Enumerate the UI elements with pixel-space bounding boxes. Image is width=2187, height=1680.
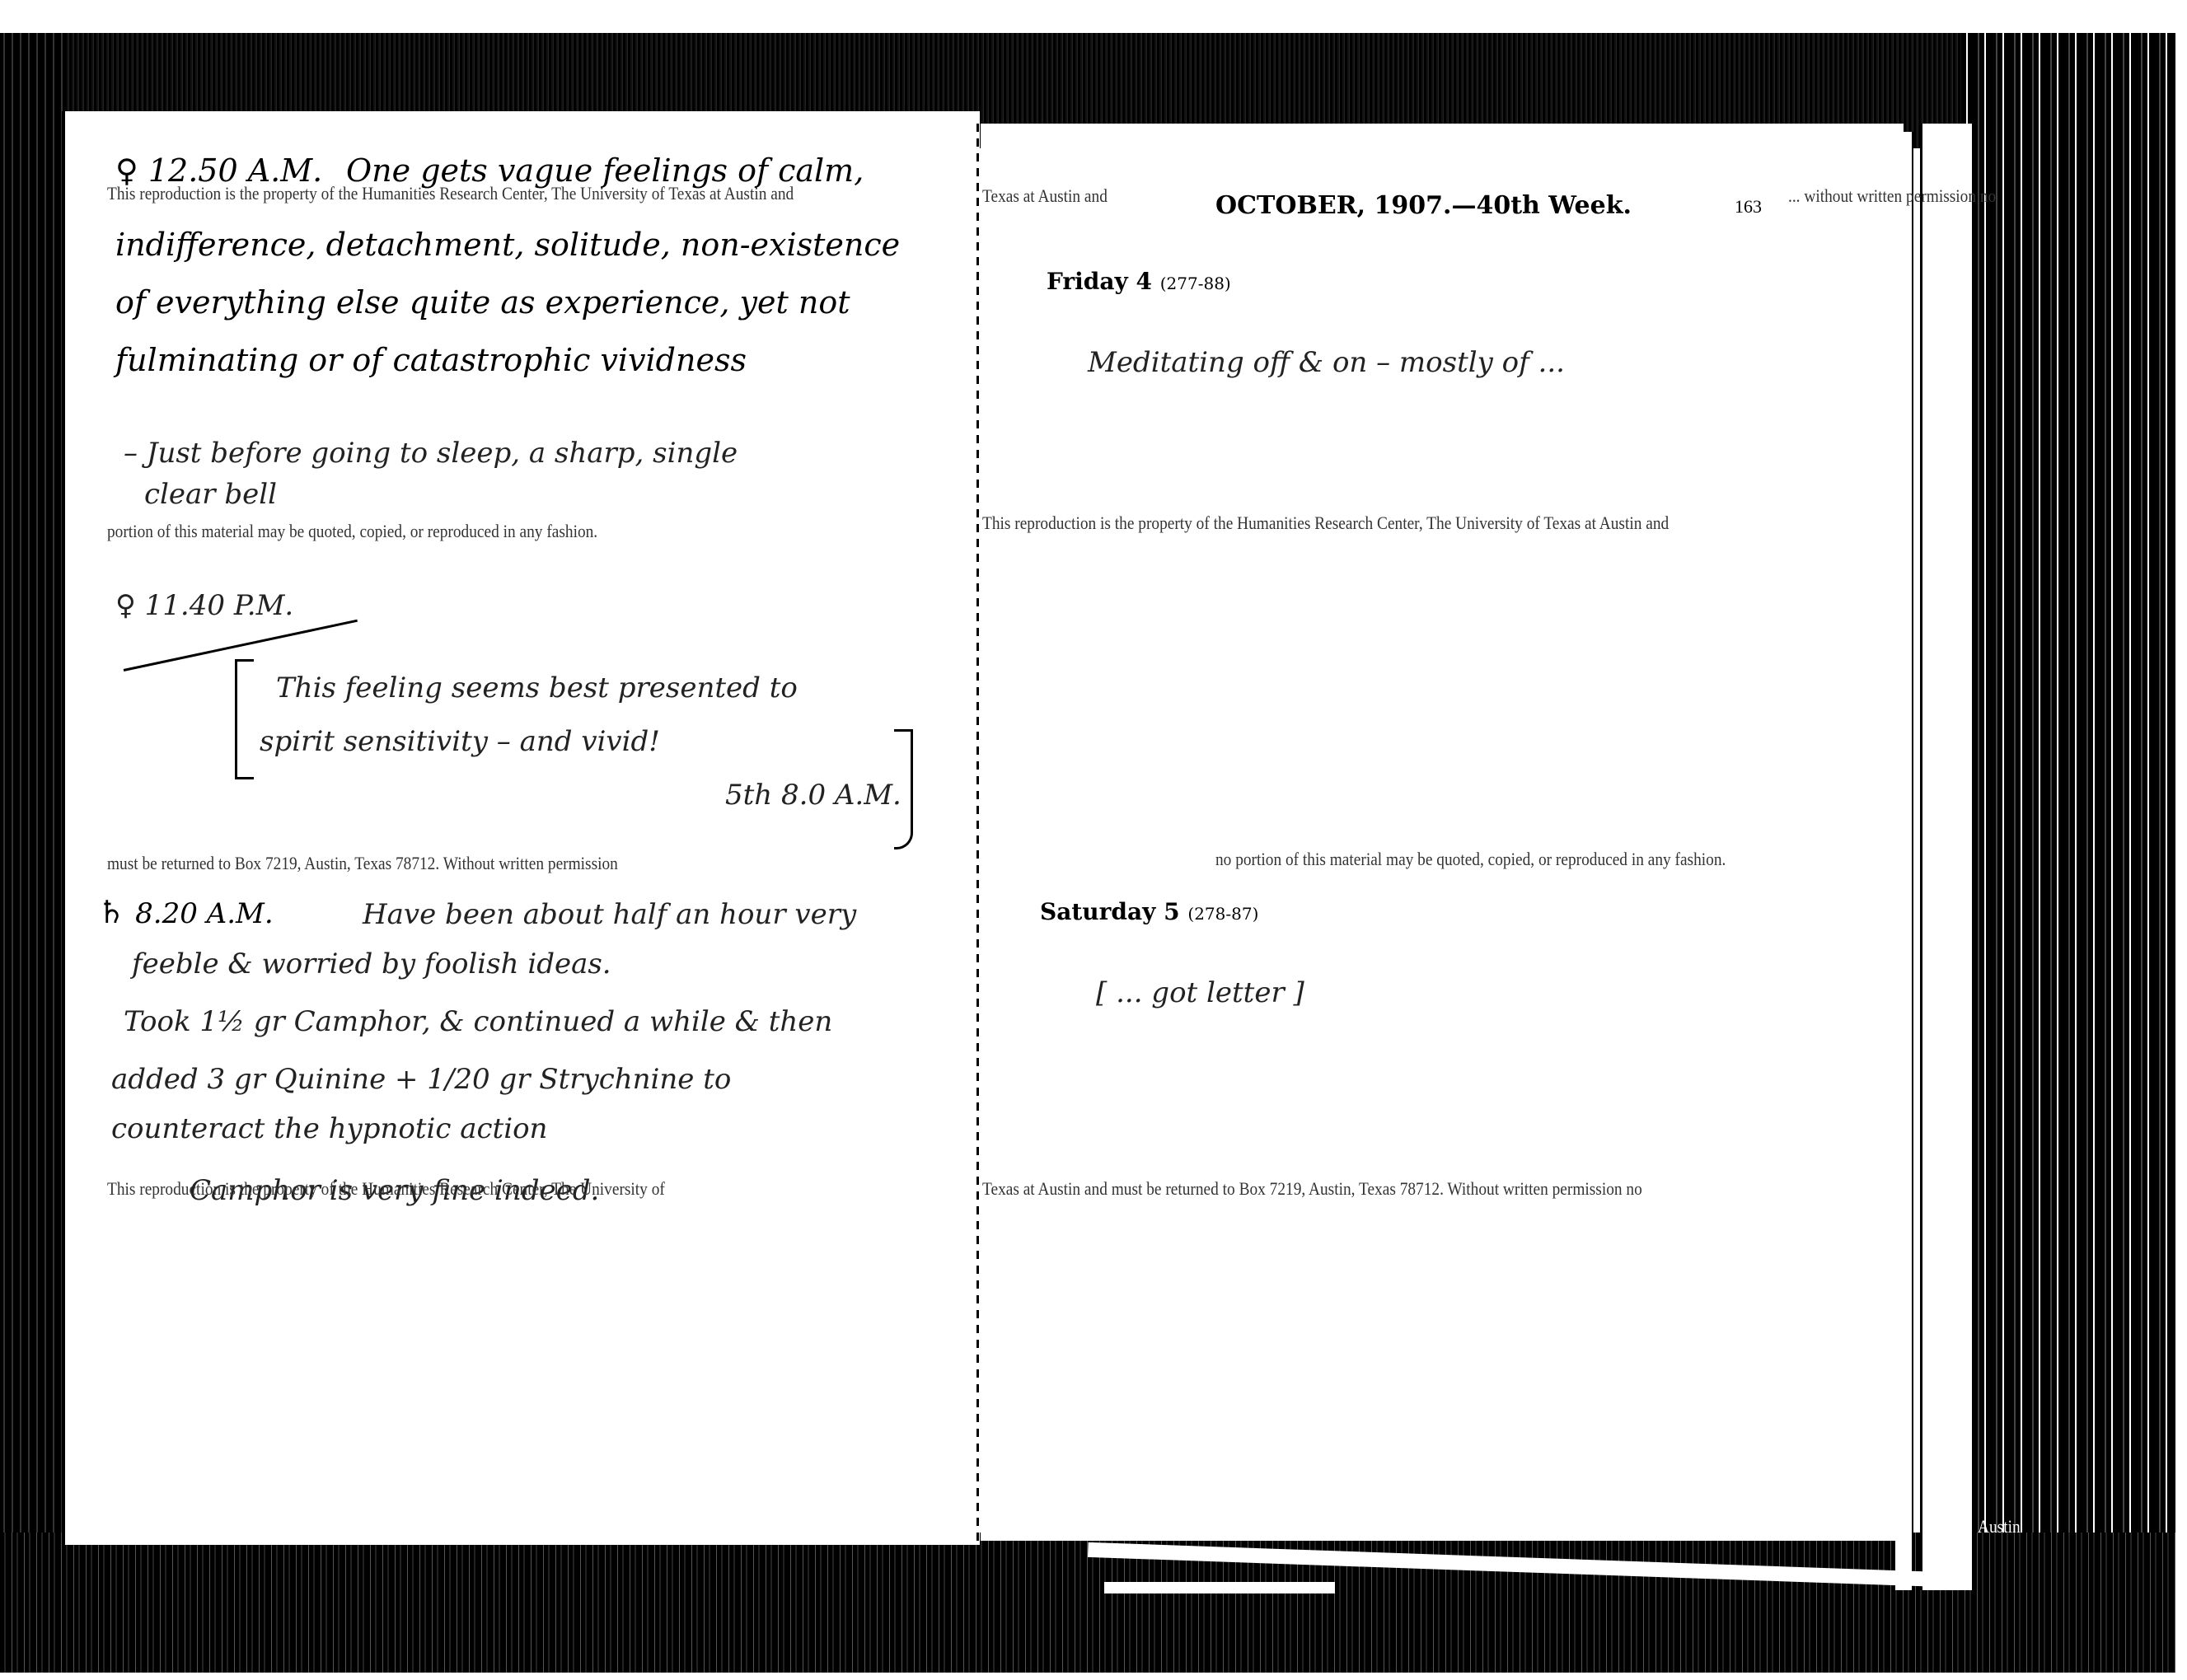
left-page: [62, 111, 980, 1545]
book-gutter: [976, 124, 979, 1541]
entry-4-line: Took 1½ gr Camphor, & continued a while …: [124, 1005, 832, 1038]
watermark-fragment: Austin: [1978, 1516, 2021, 1537]
entry-1-line: One gets vague feelings of calm,: [346, 152, 864, 189]
friday-handwriting: Meditating off & on – mostly of ...: [1088, 346, 1565, 379]
watermark-line: ... without written permission no: [1788, 185, 1996, 207]
saturday-handwriting: [ ... got letter ]: [1096, 976, 1304, 1009]
watermark-line: must be returned to Box 7219, Austin, Te…: [107, 853, 618, 874]
entry-4-header: ♄ 8.20 A.M.: [97, 894, 274, 930]
watermark-line: Texas at Austin and: [982, 185, 1108, 207]
bracket-note-line: This feeling seems best presented to: [276, 672, 798, 704]
entry-2-line: – Just before going to sleep, a sharp, s…: [124, 437, 738, 470]
right-page: [981, 124, 1904, 1541]
venus-symbol-icon: ♀: [115, 589, 136, 622]
page-header-title: OCTOBER, 1907.—40th Week.: [1215, 191, 1632, 220]
page-stack-edge: [1920, 124, 1975, 1590]
entry-1-line: indifference, detachment, solitude, non-…: [115, 227, 900, 263]
entry-1-line: fulminating or of catastrophic vividness: [115, 342, 747, 378]
watermark-line: This reproduction is the property of the…: [982, 512, 1669, 534]
entry-4-line: feeble & worried by foolish ideas.: [132, 948, 611, 980]
entry-time: 12.50 A.M.: [148, 152, 322, 189]
left-bracket: [235, 659, 254, 779]
background-right: [1961, 33, 2175, 1673]
entry-1-header: ♀ 12.50 A.M.: [115, 152, 322, 189]
bracket-note-signature: 5th 8.0 A.M.: [725, 779, 901, 812]
venus-symbol-icon: ♀: [115, 152, 138, 189]
day-range: (277-88): [1160, 274, 1231, 293]
entry-4-line: added 3 gr Quinine + 1/20 gr Strychnine …: [111, 1063, 731, 1096]
day-heading-saturday: Saturday 5 (278-87): [1040, 898, 1258, 925]
day-heading-friday: Friday 4 (277-88): [1047, 268, 1231, 295]
watermark-line: portion of this material may be quoted, …: [107, 521, 597, 542]
saturn-symbol-icon: ♄: [97, 894, 125, 930]
page-number: 163: [1735, 196, 1762, 218]
watermark-line: no portion of this material may be quote…: [1215, 849, 1726, 870]
entry-time: 8.20 A.M.: [135, 897, 274, 930]
day-label: Saturday 5: [1040, 898, 1180, 925]
entry-time: 11.40 P.M.: [145, 589, 294, 622]
day-label: Friday 4: [1047, 268, 1152, 295]
entry-4-line: Have been about half an hour very: [363, 898, 856, 931]
entry-2-line: clear bell: [144, 478, 277, 511]
entry-1-line: of everything else quite as experience, …: [115, 284, 850, 321]
paper-slip-small: [1104, 1582, 1335, 1593]
bracket-note-line: spirit sensitivity – and vivid!: [260, 725, 660, 758]
entry-3-header: ♀ 11.40 P.M.: [115, 589, 293, 622]
day-range: (278-87): [1187, 904, 1258, 924]
watermark-line: This reproduction is the property of the…: [107, 1178, 665, 1200]
entry-4-line: counteract the hypnotic action: [111, 1112, 547, 1145]
watermark-line: Texas at Austin and must be returned to …: [982, 1178, 1642, 1200]
right-bracket: [894, 729, 913, 849]
background-left: [0, 33, 66, 1673]
